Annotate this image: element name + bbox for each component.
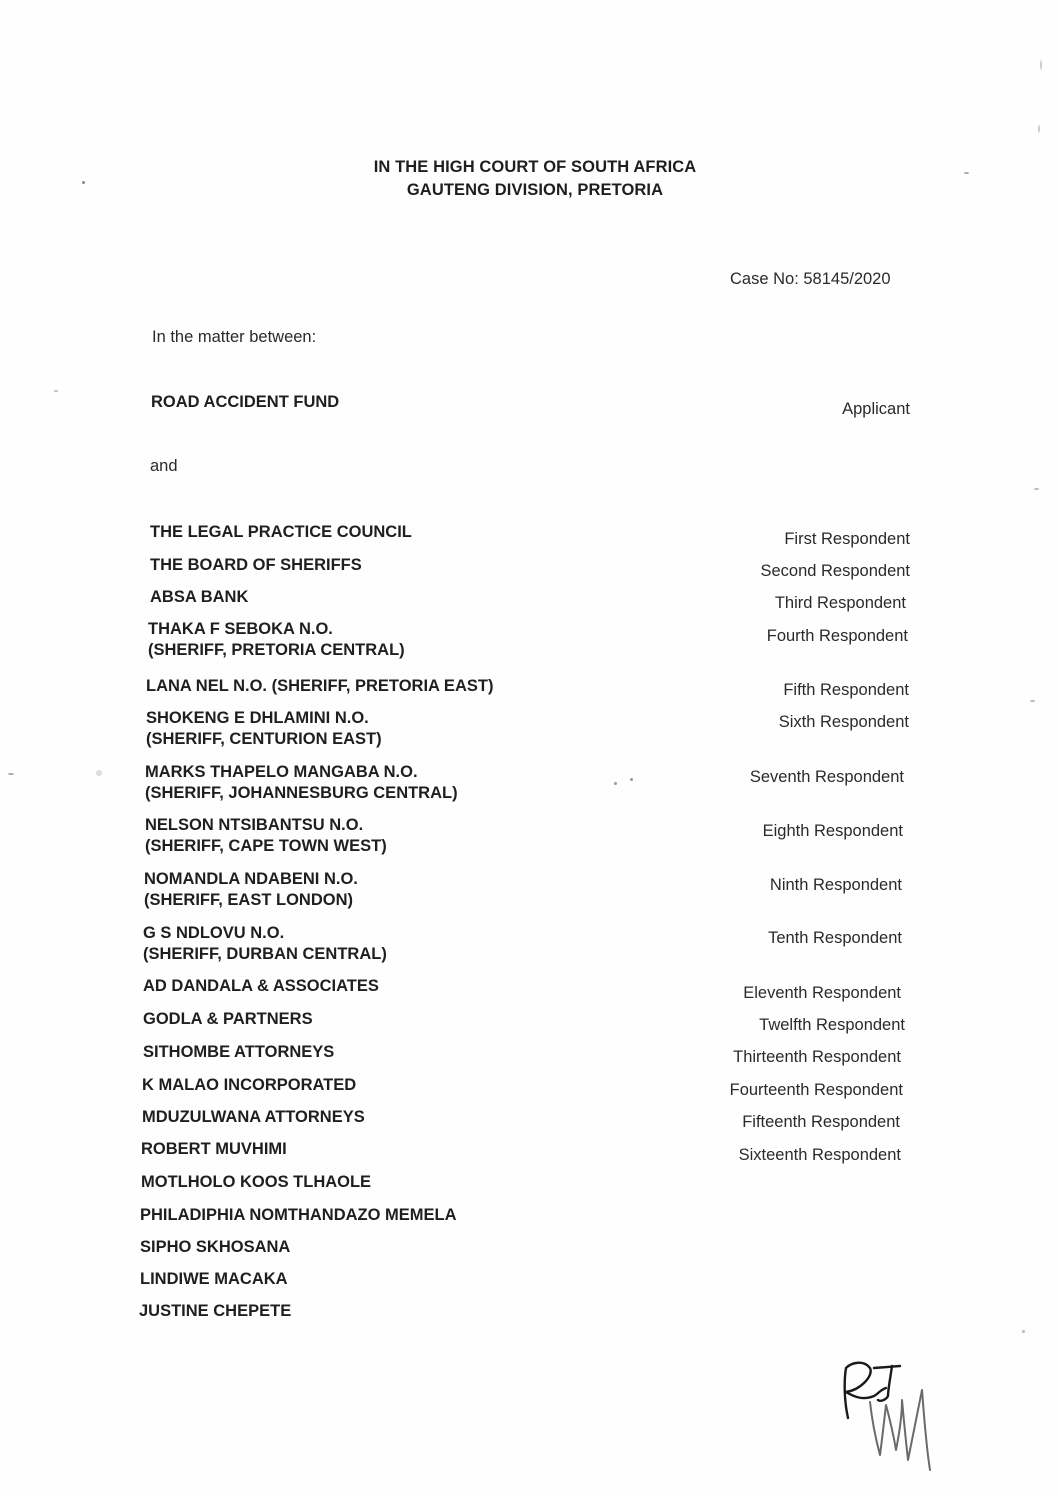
applicant-name: ROAD ACCIDENT FUND	[151, 392, 339, 413]
respondent-name: NOMANDLA NDABENI N.O.(SHERIFF, EAST LOND…	[144, 869, 358, 911]
respondent-role: Seventh Respondent	[750, 768, 904, 787]
scan-speck	[614, 782, 617, 785]
respondent-name: SHOKENG E DHLAMINI N.O.(SHERIFF, CENTURI…	[146, 708, 382, 750]
respondent-name-line: (SHERIFF, EAST LONDON)	[144, 890, 358, 911]
respondent-name-line: PHILADIPHIA NOMTHANDAZO MEMELA	[140, 1205, 457, 1226]
respondent-name-line: K MALAO INCORPORATED	[142, 1075, 356, 1096]
scan-speck	[96, 770, 102, 776]
respondent-role: Thirteenth Respondent	[733, 1048, 901, 1067]
scan-speck	[1030, 700, 1035, 702]
respondent-role: Ninth Respondent	[770, 876, 902, 895]
respondent-name: SITHOMBE ATTORNEYS	[143, 1042, 334, 1063]
respondent-role: Eleventh Respondent	[743, 984, 901, 1003]
scan-speck	[1040, 60, 1042, 70]
respondent-name-line: G S NDLOVU N.O.	[143, 923, 387, 944]
respondent-name-line: SITHOMBE ATTORNEYS	[143, 1042, 334, 1063]
respondent-name-line: ROBERT MUVHIMI	[141, 1139, 287, 1160]
respondent-name-line: THE LEGAL PRACTICE COUNCIL	[150, 522, 412, 543]
respondent-name: THE BOARD OF SHERIFFS	[150, 555, 362, 576]
court-division: GAUTENG DIVISION, PRETORIA	[0, 180, 1058, 200]
respondent-role: Twelfth Respondent	[759, 1016, 905, 1035]
respondent-name: ABSA BANK	[150, 587, 248, 608]
respondent-name-line: THE BOARD OF SHERIFFS	[150, 555, 362, 576]
scan-speck	[630, 778, 633, 781]
respondent-name-line: MOTLHOLO KOOS TLHAOLE	[141, 1172, 371, 1193]
respondent-name-line: SIPHO SKHOSANA	[140, 1237, 290, 1258]
respondent-name-line: SHOKENG E DHLAMINI N.O.	[146, 708, 382, 729]
respondent-role: First Respondent	[784, 530, 910, 549]
respondent-name-line: (SHERIFF, CENTURION EAST)	[146, 729, 382, 750]
respondent-name: ROBERT MUVHIMI	[141, 1139, 287, 1160]
respondent-role: Third Respondent	[775, 594, 906, 613]
scan-speck	[964, 172, 969, 174]
respondent-role: Fifth Respondent	[783, 681, 909, 700]
respondent-role: Second Respondent	[760, 562, 910, 581]
respondent-name-line: MDUZULWANA ATTORNEYS	[142, 1107, 365, 1128]
respondent-role: Tenth Respondent	[768, 929, 902, 948]
respondent-name: LINDIWE MACAKA	[140, 1269, 288, 1290]
respondent-name-line: MARKS THAPELO MANGABA N.O.	[145, 762, 458, 783]
respondent-name: THAKA F SEBOKA N.O.(SHERIFF, PRETORIA CE…	[148, 619, 405, 661]
applicant-role: Applicant	[842, 400, 910, 419]
respondent-name-line: JUSTINE CHEPETE	[139, 1301, 291, 1322]
respondent-name: LANA NEL N.O. (SHERIFF, PRETORIA EAST)	[146, 676, 493, 697]
respondent-name: PHILADIPHIA NOMTHANDAZO MEMELA	[140, 1205, 457, 1226]
respondent-name: JUSTINE CHEPETE	[139, 1301, 291, 1322]
case-number: Case No: 58145/2020	[730, 270, 891, 289]
signature-initials	[830, 1360, 960, 1475]
respondent-name: G S NDLOVU N.O.(SHERIFF, DURBAN CENTRAL)	[143, 923, 387, 965]
respondent-name-line: AD DANDALA & ASSOCIATES	[143, 976, 379, 997]
scan-speck	[54, 390, 58, 392]
respondent-role: Eighth Respondent	[763, 822, 903, 841]
scan-speck	[8, 773, 14, 775]
respondent-name: GODLA & PARTNERS	[143, 1009, 313, 1030]
respondent-name-line: NELSON NTSIBANTSU N.O.	[145, 815, 387, 836]
conjunction-text: and	[150, 457, 178, 476]
respondent-name-line: ABSA BANK	[150, 587, 248, 608]
scan-speck	[82, 181, 85, 184]
respondent-name-line: (SHERIFF, JOHANNESBURG CENTRAL)	[145, 783, 458, 804]
respondent-name: THE LEGAL PRACTICE COUNCIL	[150, 522, 412, 543]
respondent-role: Sixteenth Respondent	[739, 1146, 901, 1165]
respondent-name-line: NOMANDLA NDABENI N.O.	[144, 869, 358, 890]
scan-speck	[1038, 125, 1040, 133]
respondent-name: MARKS THAPELO MANGABA N.O.(SHERIFF, JOHA…	[145, 762, 458, 804]
respondent-role: Fifteenth Respondent	[742, 1113, 900, 1132]
respondent-name-line: THAKA F SEBOKA N.O.	[148, 619, 405, 640]
respondent-name-line: (SHERIFF, DURBAN CENTRAL)	[143, 944, 387, 965]
respondent-name: K MALAO INCORPORATED	[142, 1075, 356, 1096]
scan-speck	[1022, 1330, 1025, 1333]
respondent-name: MOTLHOLO KOOS TLHAOLE	[141, 1172, 371, 1193]
court-name: IN THE HIGH COURT OF SOUTH AFRICA	[0, 157, 1058, 177]
respondent-name: MDUZULWANA ATTORNEYS	[142, 1107, 365, 1128]
respondent-name-line: LINDIWE MACAKA	[140, 1269, 288, 1290]
respondent-name-line: LANA NEL N.O. (SHERIFF, PRETORIA EAST)	[146, 676, 493, 697]
respondent-role: Fourth Respondent	[767, 627, 908, 646]
intro-text: In the matter between:	[152, 328, 316, 347]
respondent-name-line: (SHERIFF, CAPE TOWN WEST)	[145, 836, 387, 857]
respondent-name-line: GODLA & PARTNERS	[143, 1009, 313, 1030]
respondent-role: Sixth Respondent	[779, 713, 909, 732]
respondent-name: SIPHO SKHOSANA	[140, 1237, 290, 1258]
respondent-role: Fourteenth Respondent	[730, 1081, 903, 1100]
respondent-name: NELSON NTSIBANTSU N.O.(SHERIFF, CAPE TOW…	[145, 815, 387, 857]
respondent-name-line: (SHERIFF, PRETORIA CENTRAL)	[148, 640, 405, 661]
respondent-name: AD DANDALA & ASSOCIATES	[143, 976, 379, 997]
document-page: IN THE HIGH COURT OF SOUTH AFRICA GAUTEN…	[0, 0, 1058, 1496]
scan-speck	[1034, 488, 1039, 490]
